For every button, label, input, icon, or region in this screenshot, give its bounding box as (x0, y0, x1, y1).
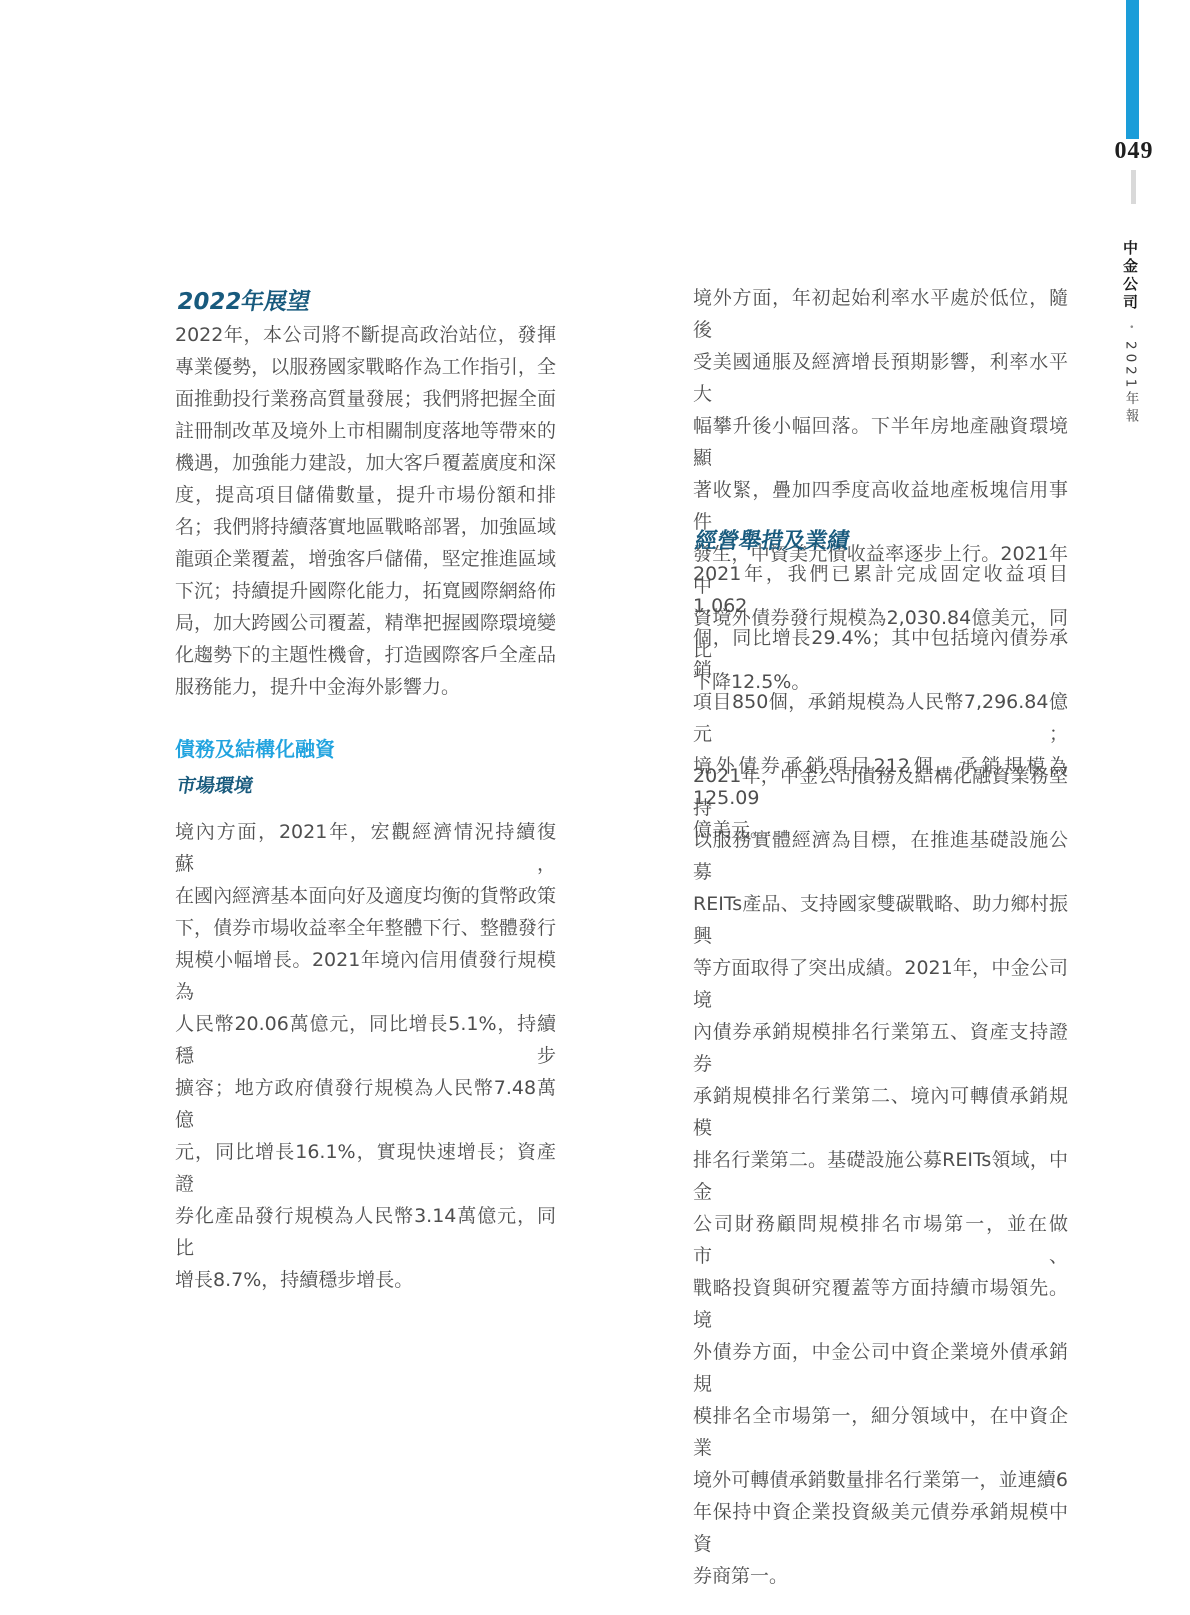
divider-rule (1131, 170, 1136, 204)
edition-label: 2021年報 (1121, 341, 1141, 426)
paragraph-2022-outlook: 2022年，本公司將不斷提高政治站位，發揮專業優勢，以服務國家戰略作為工作指引，… (175, 319, 556, 703)
brand-name: 中金公司 (1120, 240, 1141, 312)
paragraph-business-achievements: 2021年，中金公司債務及結構化融資業務堅持以服務實體經濟為目標，在推進基礎設施… (693, 760, 1068, 1592)
separator-dot: • (1126, 324, 1136, 329)
subsection-title-market-environment: 市場環境 (175, 771, 255, 798)
vertical-caption: 中金公司 • 2021年報 (1120, 240, 1141, 640)
paragraph-market-environment: 境內方面，2021年，宏觀經濟情況持續復蘇，在國內經濟基本面向好及適度均衡的貨幣… (175, 816, 556, 1296)
accent-bar (1126, 0, 1139, 139)
section-title-operations-results: 經營舉措及業績 (693, 524, 852, 555)
section-title-debt-structured-finance: 債務及結構化融資 (175, 733, 335, 762)
page-number: 049 (1103, 138, 1165, 165)
report-page: 049 中金公司 • 2021年報 2022年展望 2022年，本公司將不斷提高… (0, 0, 1190, 1615)
section-title-2022-outlook: 2022年展望 (175, 283, 313, 316)
